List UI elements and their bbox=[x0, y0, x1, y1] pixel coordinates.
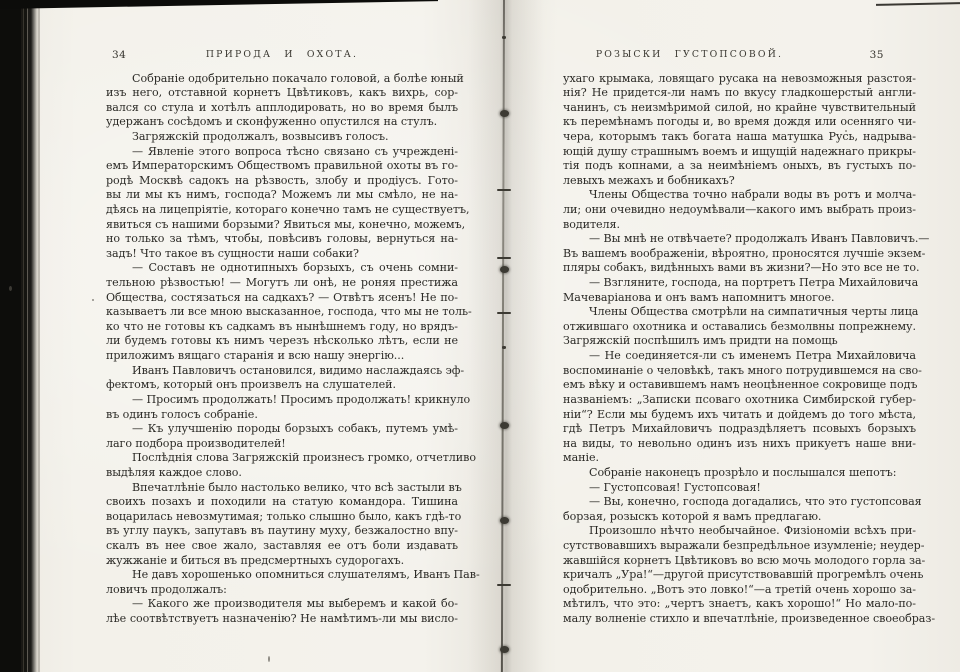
text-line: вался со стула и хотѣлъ апплодировать, н… bbox=[106, 101, 458, 116]
text-line: изъ него, отставной корнетъ Цвѣтиковъ, к… bbox=[106, 86, 458, 101]
text-line: названіемъ: „Записки псоваго охотника Си… bbox=[563, 393, 916, 408]
text-line: ухаго крымака, ловящаго русака на невозм… bbox=[563, 72, 916, 87]
text-line: жужжаніе и биться въ предсмертныхъ судор… bbox=[106, 554, 458, 569]
binding-stitch-mark bbox=[500, 266, 509, 273]
text-line: емъ Императорскимъ Обществомъ правильной… bbox=[106, 159, 458, 174]
text-line: — Явленіе этого вопроса тѣсно связано съ… bbox=[106, 145, 458, 160]
text-line: лѣе соотвѣтствуетъ назначенію? Не намѣти… bbox=[106, 612, 458, 627]
text-line: маніе. bbox=[563, 451, 916, 466]
text-column-right: ухаго крымака, ловящаго русака на невозм… bbox=[563, 72, 916, 627]
text-line: малу волненіе стихло и впечатлѣніе, прои… bbox=[563, 612, 916, 627]
text-line: ли; они очевидно недоумѣвали—какого имъ … bbox=[563, 203, 916, 218]
page-number: 35 bbox=[870, 49, 884, 61]
text-line: выдѣляя каждое слово. bbox=[106, 466, 458, 481]
text-line: мѣтилъ, что это: „чертъ знаетъ, какъ хор… bbox=[563, 597, 916, 612]
text-line: воспоминаніе о человѣкѣ, такъ много потр… bbox=[563, 364, 916, 379]
text-line: Общества, состязаться на садкахъ? — Отвѣ… bbox=[106, 291, 458, 306]
binding-stitch-mark bbox=[497, 189, 511, 191]
text-line: Загряжскій поспѣшилъ имъ придти на помощ… bbox=[563, 334, 916, 349]
text-line: воцарилась невозмутимая; только слышно б… bbox=[106, 510, 458, 525]
scan-top-shadow bbox=[0, 0, 438, 9]
text-line: кричалъ „Ура!“—другой присутствовавшій п… bbox=[563, 568, 916, 583]
text-line: — Не соединяется-ли съ именемъ Петра Мих… bbox=[563, 349, 916, 364]
text-line: ющій душу страшнымъ воемъ и ищущій надеж… bbox=[563, 145, 916, 160]
paper-speck bbox=[268, 656, 270, 662]
text-line: — Вы мнѣ не отвѣчаете? продолжалъ Иванъ … bbox=[563, 232, 916, 247]
paper-speck bbox=[9, 286, 12, 291]
text-line: чера, которымъ такъ богата наша матушка … bbox=[563, 130, 916, 145]
text-line: Произошло нѣчто необычайное. Физіономіи … bbox=[563, 524, 916, 539]
binding-stitch-mark bbox=[500, 422, 509, 429]
text-line: тельною рѣзвостью! — Могутъ ли онѣ, не р… bbox=[106, 276, 458, 291]
text-line: — Какого же производителя мы выберемъ и … bbox=[106, 597, 458, 612]
text-line: емъ вѣку и оставившемъ намъ неоцѣненное … bbox=[563, 378, 916, 393]
text-line: гдѣ Петръ Михайловичъ подраздѣляетъ псов… bbox=[563, 422, 916, 437]
text-line: одобрительно. „Вотъ это ловко!“—а третій… bbox=[563, 583, 916, 598]
binding-stitch-mark bbox=[502, 346, 506, 349]
text-line: водителя. bbox=[563, 218, 916, 233]
text-line: явиться съ нашими борзыми? Явиться мы, к… bbox=[106, 218, 458, 233]
text-line: ніи“? Если мы будемъ ихъ читать и дойдем… bbox=[563, 408, 916, 423]
text-line: Впечатлѣніе было настолько велико, что в… bbox=[106, 481, 458, 496]
binding-stitch-mark bbox=[497, 312, 511, 314]
text-line: фектомъ, который онъ произвелъ на слушат… bbox=[106, 378, 458, 393]
text-line: казываетъ ли все мною высказанное, госпо… bbox=[106, 305, 458, 320]
text-line: ловичъ продолжалъ: bbox=[106, 583, 458, 598]
binding-stitch-mark bbox=[500, 517, 509, 524]
text-line: левыхъ межахъ и бобникахъ? bbox=[563, 174, 916, 189]
text-line: приложимъ вящаго старанія и всю нашу эне… bbox=[106, 349, 458, 364]
text-line: къ перемѣнамъ погоды и, во время дождя и… bbox=[563, 115, 916, 130]
running-head-title: ПРИРОДА И ОХОТА. bbox=[106, 49, 458, 60]
text-line: отжившаго охотника и оставались безмолвн… bbox=[563, 320, 916, 335]
binding-stitch-mark bbox=[500, 646, 509, 653]
running-head-right: РОЗЫСКИ ГУСТОПСОВОЙ. 35 bbox=[563, 49, 916, 63]
text-line: вы ли мы къ нимъ, господа? Можемъ ли мы … bbox=[106, 188, 458, 203]
text-line: въ одинъ голосъ собраніе. bbox=[106, 408, 458, 423]
text-line: дѣясь на лицепріятіе, котораго конечно т… bbox=[106, 203, 458, 218]
paper-speck bbox=[845, 130, 847, 132]
text-line: Въ вашемъ воображеніи, вѣроятно, пронося… bbox=[563, 247, 916, 262]
text-line: на виды, то невольно одинъ изъ нихъ прик… bbox=[563, 437, 916, 452]
text-line: Члены Общества смотрѣли на симпатичныя ч… bbox=[563, 305, 916, 320]
text-line: Загряжскій продолжалъ, возвысивъ голосъ. bbox=[106, 130, 458, 145]
page-edge-texture bbox=[21, 0, 40, 672]
text-line: ли будемъ готовы къ нимъ черезъ нѣскольк… bbox=[106, 334, 458, 349]
text-line: — Вы, конечно, господа догадались, что э… bbox=[563, 495, 916, 510]
text-line: жавшійся корнетъ Цвѣтиковъ во всю мочь м… bbox=[563, 554, 916, 569]
text-line: чанинъ, съ неизмѣримой силой, но крайне … bbox=[563, 101, 916, 116]
text-line: Собраніе наконецъ прозрѣло и послышался … bbox=[563, 466, 916, 481]
text-line: Не давъ хорошенько опомниться слушателям… bbox=[106, 568, 458, 583]
text-line: ко что не готовы къ садкамъ въ нынѣшнемъ… bbox=[106, 320, 458, 335]
binding-stitch-mark bbox=[497, 584, 511, 586]
text-line: задъ! Что такое въ сущности наши собаки? bbox=[106, 247, 458, 262]
binding-stitch-mark bbox=[502, 36, 506, 39]
text-line: родѣ Москвѣ садокъ на рѣзвость, злобу и … bbox=[106, 174, 458, 189]
running-head-title: РОЗЫСКИ ГУСТОПСОВОЙ. bbox=[513, 49, 866, 60]
text-line: — Густопсовая! Густопсовая! bbox=[563, 481, 916, 496]
text-line: Иванъ Павловичъ остановился, видимо насл… bbox=[106, 364, 458, 379]
text-line: скалъ въ нее свое жало, заставляя ее отъ… bbox=[106, 539, 458, 554]
text-line: удержанъ сосѣдомъ и сконфуженно опустилс… bbox=[106, 115, 458, 130]
binding-stitch-mark bbox=[497, 257, 511, 259]
text-line: тія подъ копнами, а за неимѣніемъ оныхъ,… bbox=[563, 159, 916, 174]
paper-speck bbox=[92, 299, 94, 301]
text-line: Мачеваріанова и онъ вамъ напомнитъ много… bbox=[563, 291, 916, 306]
binding-stitch-mark bbox=[500, 110, 509, 117]
scan-top-right-line bbox=[876, 2, 960, 6]
text-line: — Просимъ продолжать! Просимъ продолжать… bbox=[106, 393, 458, 408]
text-line: лаго подбора производителей! bbox=[106, 437, 458, 452]
text-line: въ углу паукъ, запутавъ въ паутину муху,… bbox=[106, 524, 458, 539]
text-line: Собраніе одобрительно покачало головой, … bbox=[106, 72, 458, 87]
text-line: сутствовавшихъ выражали безпредѣльное из… bbox=[563, 539, 916, 554]
text-line: Члены Общества точно набрали воды въ рот… bbox=[563, 188, 916, 203]
text-line: своихъ позахъ и походили на статую коман… bbox=[106, 495, 458, 510]
text-line: но только за тѣмъ, чтобы, повѣсивъ голов… bbox=[106, 232, 458, 247]
text-line: — Взгляните, господа, на портретъ Петра … bbox=[563, 276, 916, 291]
text-line: нія? Не придется-ли намъ по вкусу гладко… bbox=[563, 86, 916, 101]
text-line: — Составъ не однотипныхъ борзыхъ, съ оче… bbox=[106, 261, 458, 276]
text-column-left: Собраніе одобрительно покачало головой, … bbox=[106, 72, 458, 627]
text-line: Послѣднія слова Загряжскій произнесъ гро… bbox=[106, 451, 458, 466]
text-line: пляры собакъ, видѣнныхъ вами въ жизни?—Н… bbox=[563, 261, 916, 276]
book-scan: 34 ПРИРОДА И ОХОТА. Собраніе одобрительн… bbox=[0, 0, 960, 672]
running-head-left: 34 ПРИРОДА И ОХОТА. bbox=[106, 49, 458, 63]
text-line: борзая, розыскъ которой я вамъ предлагаю… bbox=[563, 510, 916, 525]
text-line: — Къ улучшенію породы борзыхъ собакъ, пу… bbox=[106, 422, 458, 437]
